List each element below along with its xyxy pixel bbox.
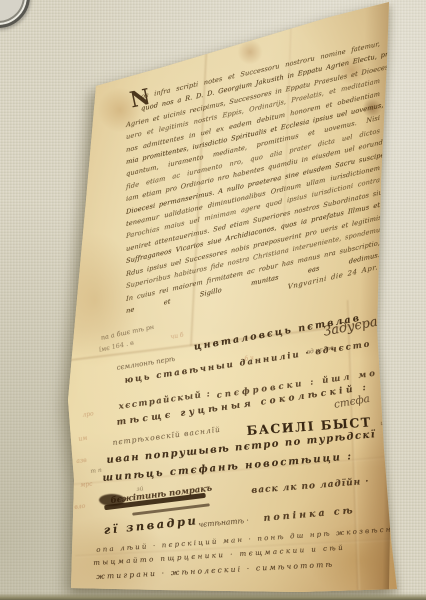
ink-margin-mark: зй [136,485,144,493]
cyrillic-signature-line: пєтрѣховскїй васнлїй [112,425,221,447]
cyrillic-signature-line: гї зпвадри [103,513,199,537]
ink-margin-mark: т п [90,467,102,475]
cyrillic-scribble-line: и а [380,419,390,427]
table-edge-shadow [0,593,426,600]
ink-bleed-mark: чи б [170,332,184,341]
latin-text-block: os infra scripti notes et Successoru nos… [126,38,380,330]
ink-bleed-mark: вло [74,503,86,511]
ink-bleed-mark: мрс [80,481,93,489]
cyrillic-signature-line: чєтѣнатѣ · [198,516,249,529]
cyrillic-signature-line: васк лк по ладїйн · [251,477,370,496]
photo-scene: N os infra scripti notes et Successoru n… [0,0,426,600]
ink-bleed-mark: азв [76,457,87,465]
parchment-sheet: N os infra scripti notes et Successoru n… [0,0,426,600]
ink-bleed-mark: лро [82,410,94,419]
manuscript-document: N os infra scripti notes et Successoru n… [0,0,426,600]
cyrillic-signature-line: попінка сѣ [263,505,356,524]
ink-bleed-mark: им [78,435,88,443]
